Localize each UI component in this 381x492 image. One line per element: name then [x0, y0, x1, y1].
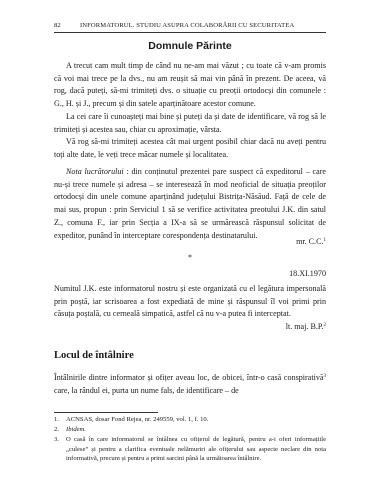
letter-paragraph-2: La cei care îi cunoașteți mai bine și pu… — [54, 111, 326, 136]
footnote-divider — [54, 412, 158, 413]
footnote-ref-3[interactable]: 3 — [324, 374, 327, 379]
letter-paragraph-1: A trecut cam mult timp de când nu ne-am … — [54, 60, 326, 111]
page-number: 82 — [54, 22, 61, 29]
officer-note: Nota lucrătorului : din conținutul preze… — [54, 166, 326, 242]
note-date: 18.XI.1970 — [54, 268, 326, 281]
letter-paragraph-3: Vă rog să-mi trimiteți acestea cât mai u… — [54, 136, 326, 161]
running-title: INFORMATORUL. STUDIU ASUPRA COLABORĂRII … — [80, 22, 294, 29]
footnote-2: 2. Ibidem. — [54, 425, 326, 435]
second-note-text: Numitul J.K. este informatorul nostru și… — [54, 283, 326, 321]
note-text: : din conținutul prezentei pare suspect … — [54, 167, 326, 240]
section-heading: Locul de întâlnire — [54, 350, 134, 361]
signature-1: mr. C.C.1 — [54, 236, 326, 249]
footnote-3: 3. O casă în care informatorul se întâln… — [54, 435, 326, 464]
running-header: 82 INFORMATORUL. STUDIU ASUPRA COLABORĂR… — [54, 20, 326, 33]
note-label: Nota lucrătorului — [66, 167, 124, 176]
section-paragraph: Întâlnirile dintre informator și ofițer … — [54, 372, 326, 397]
footnote-ref-1[interactable]: 1 — [324, 238, 327, 243]
footnote-1: 1. ACNSAS, dosar Fond Rejea, nr. 249559,… — [54, 415, 326, 425]
footnote-ref-2[interactable]: 2 — [324, 323, 327, 328]
letter-title: Domnule Părinte — [54, 40, 326, 52]
signature-2: lt. maj. B.P.2 — [54, 321, 326, 334]
separator-asterisk: * — [54, 252, 326, 265]
